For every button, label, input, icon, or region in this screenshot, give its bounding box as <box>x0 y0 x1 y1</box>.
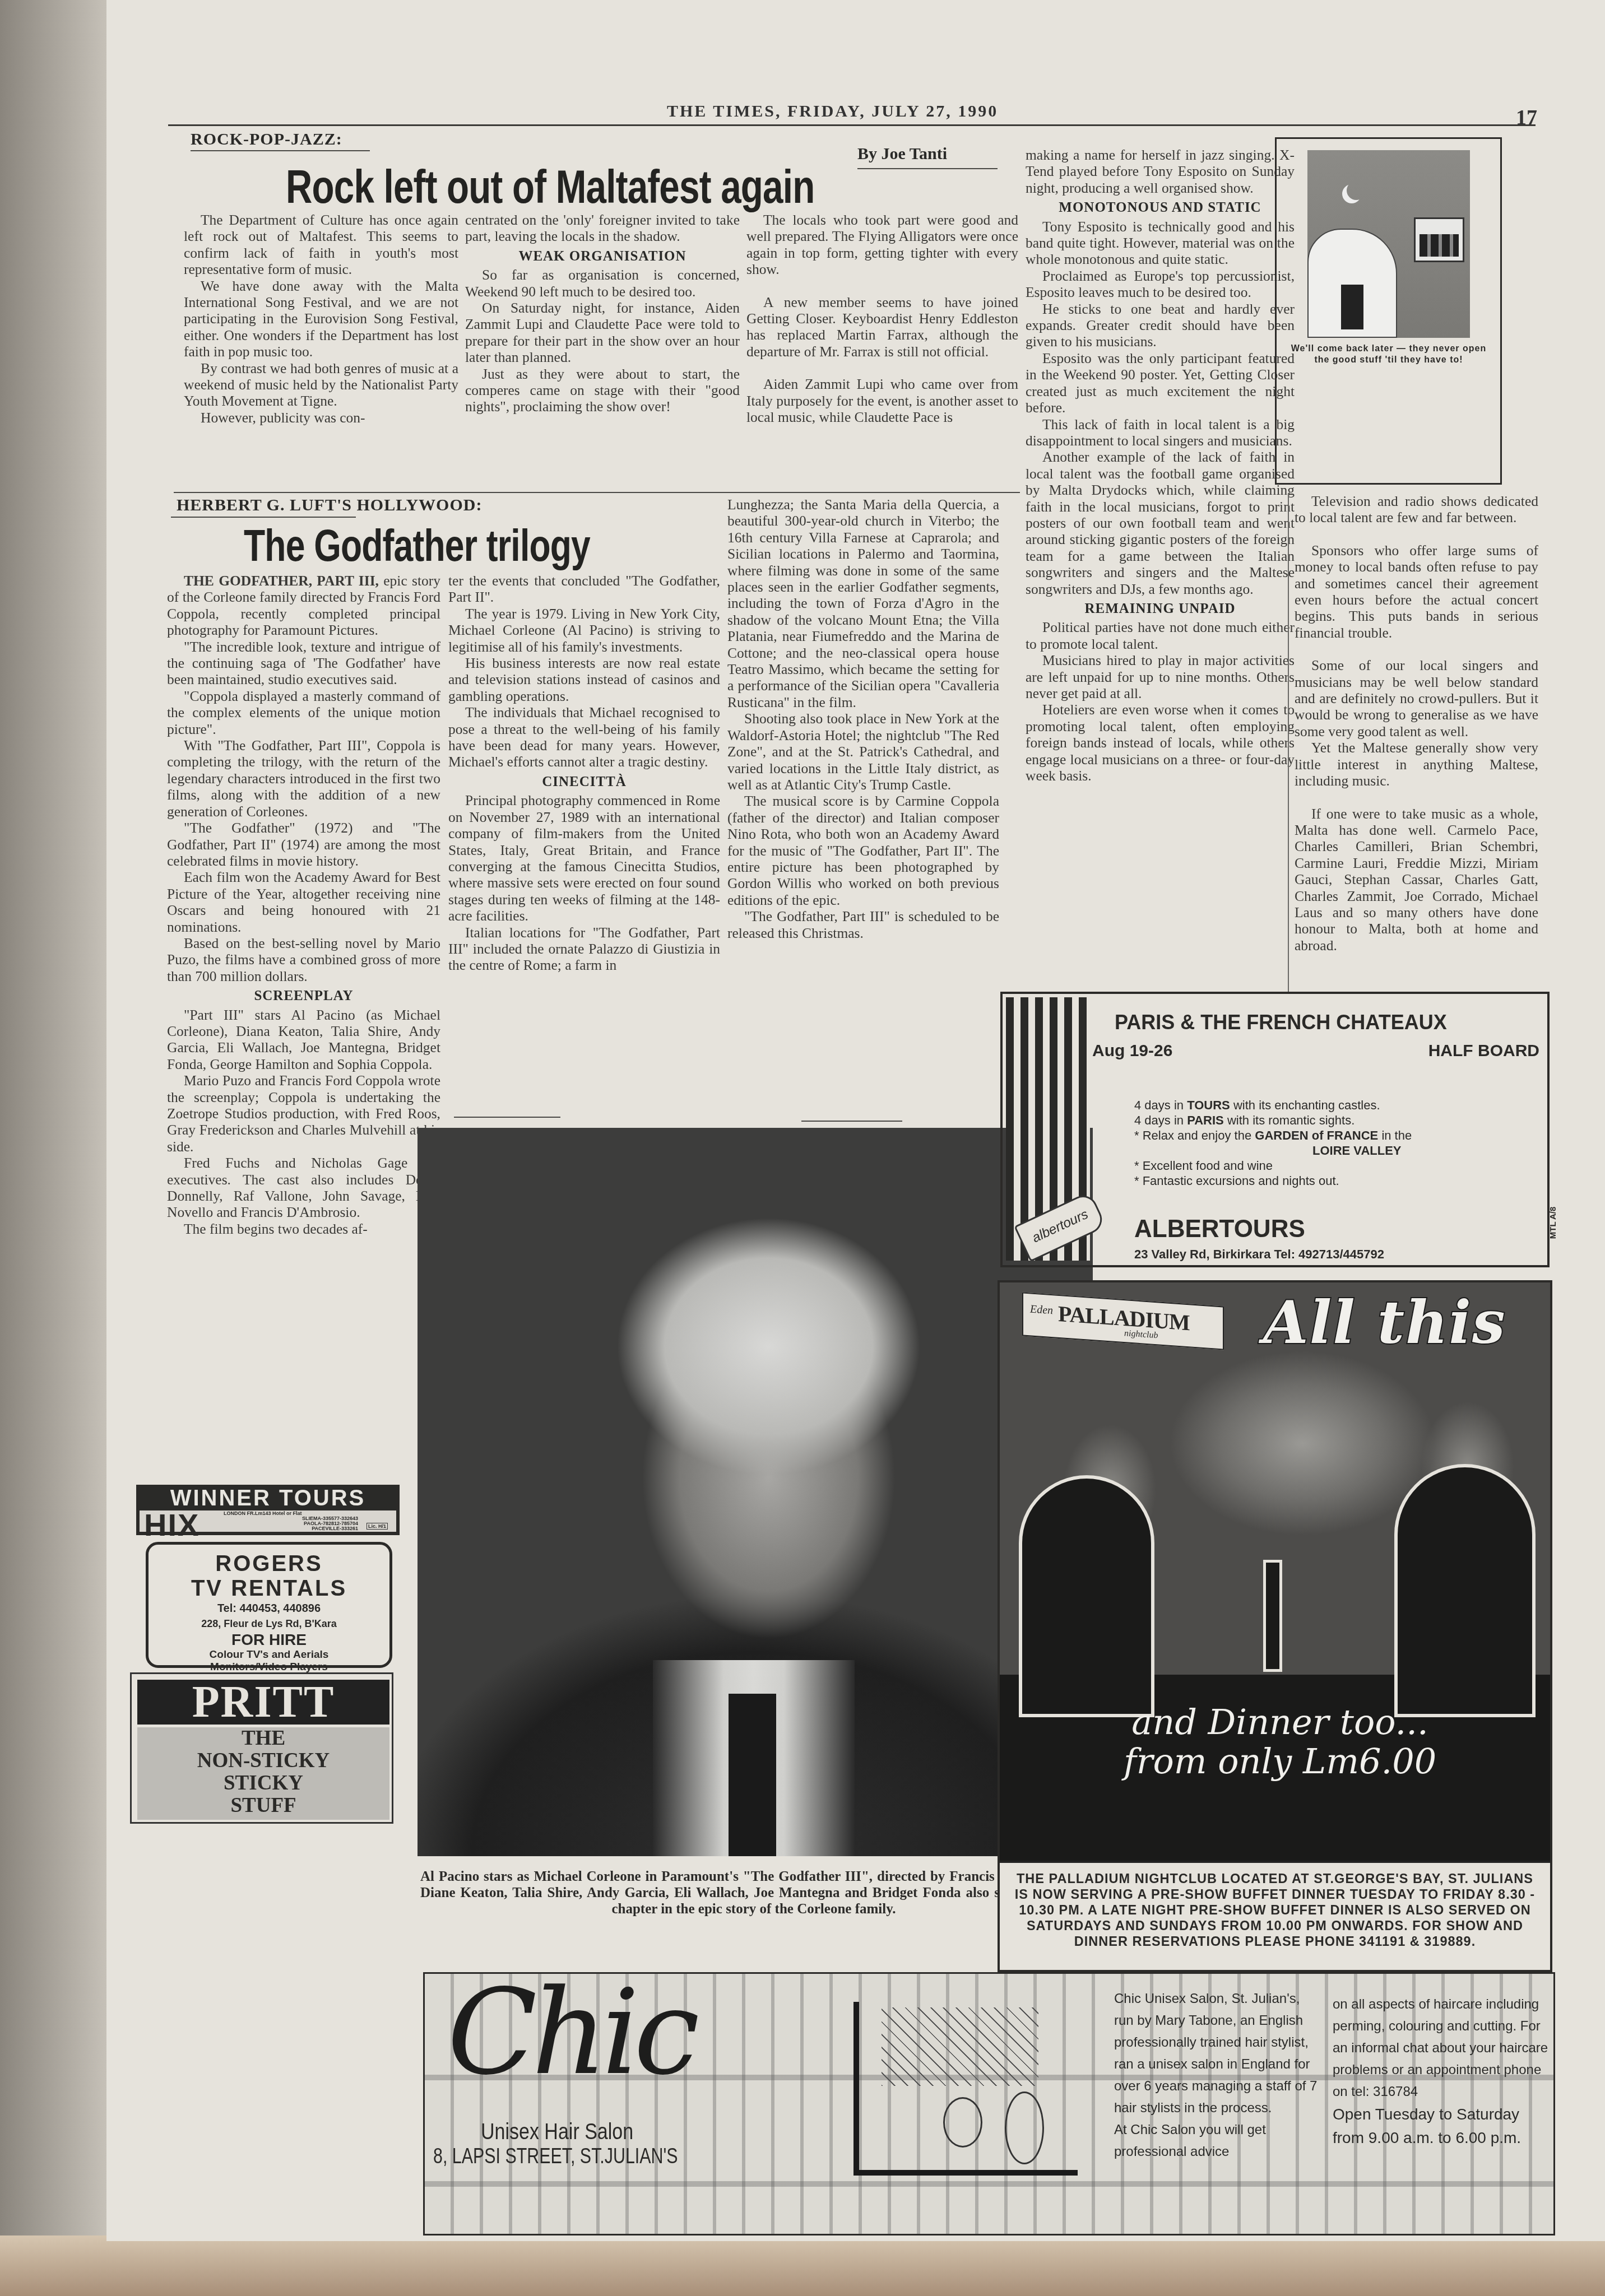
paragraph: Some of our local singers and musicians … <box>1295 657 1538 740</box>
paragraph: "The incredible look, texture and intrig… <box>167 639 440 688</box>
paragraph: By contrast we had both genres of music … <box>184 360 458 410</box>
photo-rule <box>454 1117 560 1118</box>
byline-rule <box>857 168 998 169</box>
pritt-logo: PRITT <box>137 1680 389 1725</box>
location-map <box>853 2002 1078 2176</box>
tour-highlights: 4 days in TOURS with its enchanting cast… <box>1134 1098 1412 1188</box>
ad-albertours: PARIS & THE FRENCH CHATEAUX Aug 19-26 HA… <box>1000 992 1550 1267</box>
ad-text: TOURS <box>1187 1098 1230 1112</box>
salon-subtitle: Unisex Hair Salon <box>481 2120 633 2145</box>
paragraph: His business interests are now real esta… <box>448 655 720 704</box>
ad-line: NON-STICKY <box>137 1750 389 1772</box>
subhead-weak-organisation: WEAK ORGANISATION <box>465 248 740 264</box>
rogers-for-hire: FOR HIRE <box>149 1631 389 1649</box>
paragraph: We have done away with the Malta Interna… <box>184 278 458 360</box>
paragraph: ter the events that concluded "The Godfa… <box>448 573 720 606</box>
al-pacino-photo <box>418 1128 1093 1856</box>
paragraph: "The Godfather" (1972) and "The Godfathe… <box>167 820 440 869</box>
paragraph: Yet the Maltese generally show very litt… <box>1295 740 1538 789</box>
paragraph: making a name for herself in jazz singin… <box>1026 147 1295 196</box>
palladium-info: THE PALLADIUM NIGHTCLUB LOCATED AT ST.GE… <box>1000 1861 1550 1970</box>
page-number: 17 <box>1516 105 1537 130</box>
map-hatching <box>882 2007 1038 2086</box>
ad-line: STUFF <box>137 1795 389 1817</box>
paragraph: "Coppola displayed a masterly command of… <box>167 688 440 737</box>
paragraph: Principal photography commenced in Rome … <box>448 792 720 924</box>
page-folio: THE TIMES, FRIDAY, JULY 27, 1990 <box>667 102 998 121</box>
ad-pritt: PRITT THE NON-STICKY STICKY STUFF <box>130 1672 393 1824</box>
paragraph: At Chic Salon you will get professional … <box>1114 2119 1321 2163</box>
section-divider <box>174 492 1020 493</box>
headline-rock: Rock left out of Maltafest again <box>286 160 814 214</box>
salon-address: 8, LAPSI STREET, ST.JULIAN'S <box>433 2145 678 2169</box>
rock-column-4: making a name for herself in jazz singin… <box>1026 147 1295 784</box>
subhead-cinecitta: CINECITTÀ <box>448 774 720 790</box>
cartoon-frame: We'll come back later — they never open … <box>1275 137 1502 485</box>
rogers-address: 228, Fleur de Lys Rd, B'Kara <box>149 1616 389 1631</box>
map-roundabout <box>943 2097 982 2148</box>
ad-line: STICKY <box>137 1772 389 1795</box>
ad-text: GARDEN of FRANCE <box>1255 1128 1378 1142</box>
albertours-company: ALBERTOURS <box>1134 1215 1305 1243</box>
rogers-title: ROGERS <box>149 1551 389 1576</box>
paragraph: He sticks to one beat and hardly ever ex… <box>1026 301 1295 350</box>
ad-text: * Relax and enjoy the <box>1134 1128 1255 1142</box>
paragraph: Mario Puzo and Francis Ford Coppola wrot… <box>167 1072 440 1155</box>
paragraph: The film begins two decades af- <box>167 1221 440 1237</box>
column-rule <box>1288 493 1289 992</box>
table-surface-bottom <box>0 2235 1605 2296</box>
ad-text: * Excellent food and wine <box>1134 1158 1412 1173</box>
subhead-monotonous: MONOTONOUS AND STATIC <box>1026 199 1295 216</box>
paragraph: Hoteliers are even worse when it comes t… <box>1026 701 1295 784</box>
rock-column-1: The Department of Culture has once again… <box>184 212 458 426</box>
paragraph: If one were to take music as a whole, Ma… <box>1295 806 1538 954</box>
candle-icon <box>1266 1563 1279 1669</box>
cartoon-illustration <box>1307 150 1470 338</box>
paragraph: Shooting also took place in New York at … <box>727 710 999 793</box>
licence-number: MTL A/8 <box>1549 1207 1558 1239</box>
paragraph: The Department of Culture has once again… <box>184 212 458 278</box>
woman-silhouette <box>1398 1467 1532 1714</box>
albertours-title: PARIS & THE FRENCH CHATEAUX <box>1115 1011 1447 1034</box>
paragraph: on all aspects of haircare including per… <box>1333 1993 1548 2103</box>
logo-prefix: Eden <box>1030 1303 1053 1317</box>
paragraph: The individuals that Michael recognised … <box>448 704 720 770</box>
paragraph: Lunghezza; the Santa Maria della Quercia… <box>727 496 999 710</box>
ad-text: with its romantic sights. <box>1224 1113 1355 1127</box>
opening-hours: Open Tuesday to Saturday from 9.00 a.m. … <box>1333 2103 1548 2150</box>
paragraph: However, publicity was con- <box>184 410 458 426</box>
ad-line: Monitors/Video Players <box>149 1661 389 1674</box>
ad-line: THE <box>137 1727 389 1750</box>
albertours-address: 23 Valley Rd, Birkirkara Tel: 492713/445… <box>1134 1247 1384 1262</box>
ad-palladium: Eden PALLADIUM nightclub All this and Di… <box>998 1280 1552 1972</box>
pritt-slogan: THE NON-STICKY STICKY STUFF <box>137 1727 389 1820</box>
paragraph: The year is 1979. Living in New York Cit… <box>448 606 720 655</box>
paragraph: With "The Godfather, Part III", Coppola … <box>167 737 440 820</box>
lead-in: THE GODFATHER, PART III, <box>184 573 379 589</box>
paragraph: The locals who took part were good and w… <box>746 212 1018 278</box>
paragraph: "Part III" stars Al Pacino (as Michael C… <box>167 1007 440 1073</box>
all-this-tagline: All this <box>1263 1288 1506 1357</box>
glove-drawing <box>1341 285 1363 329</box>
ad-rogers-tv: ROGERS TV RENTALS Tel: 440453, 440896 22… <box>146 1542 392 1668</box>
godfather-column-2: ter the events that concluded "The Godfa… <box>448 573 720 974</box>
ad-text: in the <box>1378 1128 1412 1142</box>
dinner-tagline: and Dinner too... from only Lm6.00 <box>1089 1703 1471 1781</box>
ad-chic: Chic Unisex Hair Salon 8, LAPSI STREET, … <box>423 1972 1555 2235</box>
ad-text: and Dinner too... <box>1089 1703 1471 1742</box>
paragraph: "The Godfather, Part III" is scheduled t… <box>727 908 999 941</box>
headline-godfather: The Godfather trilogy <box>244 520 590 571</box>
paragraph: Another example of the lack of faith in … <box>1026 449 1295 597</box>
masthead-rule <box>168 124 1536 126</box>
ad-text: PARIS <box>1187 1113 1224 1127</box>
chic-logo: Chic <box>447 1968 694 2097</box>
ad-line: Colour TV's and Aerials <box>149 1649 389 1661</box>
ad-text: 4 days in <box>1134 1113 1187 1127</box>
board-type: HALF BOARD <box>1428 1042 1539 1061</box>
paragraph: Political parties have not done much eit… <box>1026 619 1295 652</box>
chic-text-column-2: on all aspects of haircare including per… <box>1333 1993 1548 2150</box>
hix-logo: HIX <box>144 1510 200 1540</box>
man-silhouette <box>1022 1479 1151 1714</box>
rogers-tel: Tel: 440453, 440896 <box>149 1601 389 1616</box>
godfather-column-3: Lunghezza; the Santa Maria della Quercia… <box>727 496 999 941</box>
subhead-screenplay: SCREENPLAY <box>167 988 440 1004</box>
paragraph: Based on the best-selling novel by Mario… <box>167 935 440 984</box>
bottles-silhouette <box>1420 234 1459 257</box>
chic-text-column-1: Chic Unisex Salon, St. Julian's, run by … <box>1114 1988 1321 2163</box>
paragraph: Chic Unisex Salon, St. Julian's, run by … <box>1114 1988 1321 2119</box>
licence-badge: Lic. H/1 <box>367 1523 388 1530</box>
paragraph: A new member seems to have joined Gettin… <box>746 294 1018 360</box>
paragraph: On Saturday night, for instance, Aiden Z… <box>465 300 740 366</box>
rock-column-5: Television and radio shows dedicated to … <box>1295 493 1538 954</box>
subhead-remaining-unpaid: REMAINING UNPAID <box>1026 601 1295 617</box>
paragraph: Each film won the Academy Award for Best… <box>167 869 440 935</box>
paragraph: So far as organisation is concerned, Wee… <box>465 267 740 300</box>
rogers-subtitle: TV RENTALS <box>149 1576 389 1601</box>
paragraph: Fred Fuchs and Nicholas Gage are executi… <box>167 1155 440 1221</box>
section-kicker: ROCK-POP-JAZZ: <box>191 130 342 149</box>
ad-line: PACEVILLE-333261 <box>246 1526 358 1531</box>
byline: By Joe Tanti <box>857 145 947 164</box>
ad-phone-list: SLIEMA-335577-332643 PAOLA-782812-785704… <box>246 1516 358 1531</box>
rock-column-2: centrated on the 'only' foreigner invite… <box>465 212 740 415</box>
godfather-column-1: THE GODFATHER, PART III, epic story of t… <box>167 573 440 1237</box>
paragraph: This lack of faith in local talent is a … <box>1026 416 1295 449</box>
kicker-underline <box>191 150 370 151</box>
photo-rule <box>801 1121 902 1122</box>
paragraph: Proclaimed as Europe's top percussionist… <box>1026 268 1295 301</box>
ad-text: with its enchanting castles. <box>1230 1098 1380 1112</box>
ad-line: LONDON FR.Lm143 Hotel or Flat <box>224 1510 302 1516</box>
paragraph: centrated on the 'only' foreigner invite… <box>465 212 740 245</box>
tour-dates: Aug 19-26 <box>1092 1042 1172 1061</box>
paragraph: Television and radio shows dedicated to … <box>1295 493 1538 526</box>
paragraph: Sponsors who offer large sums of money t… <box>1295 542 1538 641</box>
logo-sub: nightclub <box>1124 1328 1158 1341</box>
ad-text: 4 days in <box>1134 1098 1187 1112</box>
cartoon-caption: We'll come back later — they never open … <box>1288 343 1490 366</box>
map-roundabout <box>1005 2092 1044 2164</box>
newspaper-page: THE TIMES, FRIDAY, JULY 27, 1990 17 ROCK… <box>106 0 1605 2241</box>
price-text: from only Lm6.00 <box>1089 1742 1471 1781</box>
paragraph: Italian locations for "The Godfather, Pa… <box>448 924 720 974</box>
paragraph: Esposito was the only participant featur… <box>1026 350 1295 416</box>
table-surface-left <box>0 0 112 2296</box>
moon-icon <box>1347 181 1366 200</box>
rock-column-3: The locals who took part were good and w… <box>746 212 1018 425</box>
necktie <box>729 1694 776 1856</box>
paragraph: Tony Esposito is technically good and hi… <box>1026 219 1295 268</box>
ad-winner-tours: WINNER TOURS HIX LONDON FR.Lm143 Hotel o… <box>136 1485 400 1535</box>
ad-text: * Fantastic excursions and nights out. <box>1134 1173 1412 1188</box>
paragraph: Just as they were about to start, the co… <box>465 366 740 415</box>
ad-text: LOIRE VALLEY <box>1134 1143 1412 1158</box>
paragraph: Musicians hired to play in major activit… <box>1026 652 1295 701</box>
hollywood-kicker: HERBERT G. LUFT'S HOLLYWOOD: <box>177 496 482 515</box>
photo-caption: Al Pacino stars as Michael Corleone in P… <box>420 1869 1087 1917</box>
paragraph: Aiden Zammit Lupi who came over from Ita… <box>746 376 1018 425</box>
paragraph: The musical score is by Carmine Coppola … <box>727 793 999 908</box>
kicker-underline <box>171 517 356 518</box>
